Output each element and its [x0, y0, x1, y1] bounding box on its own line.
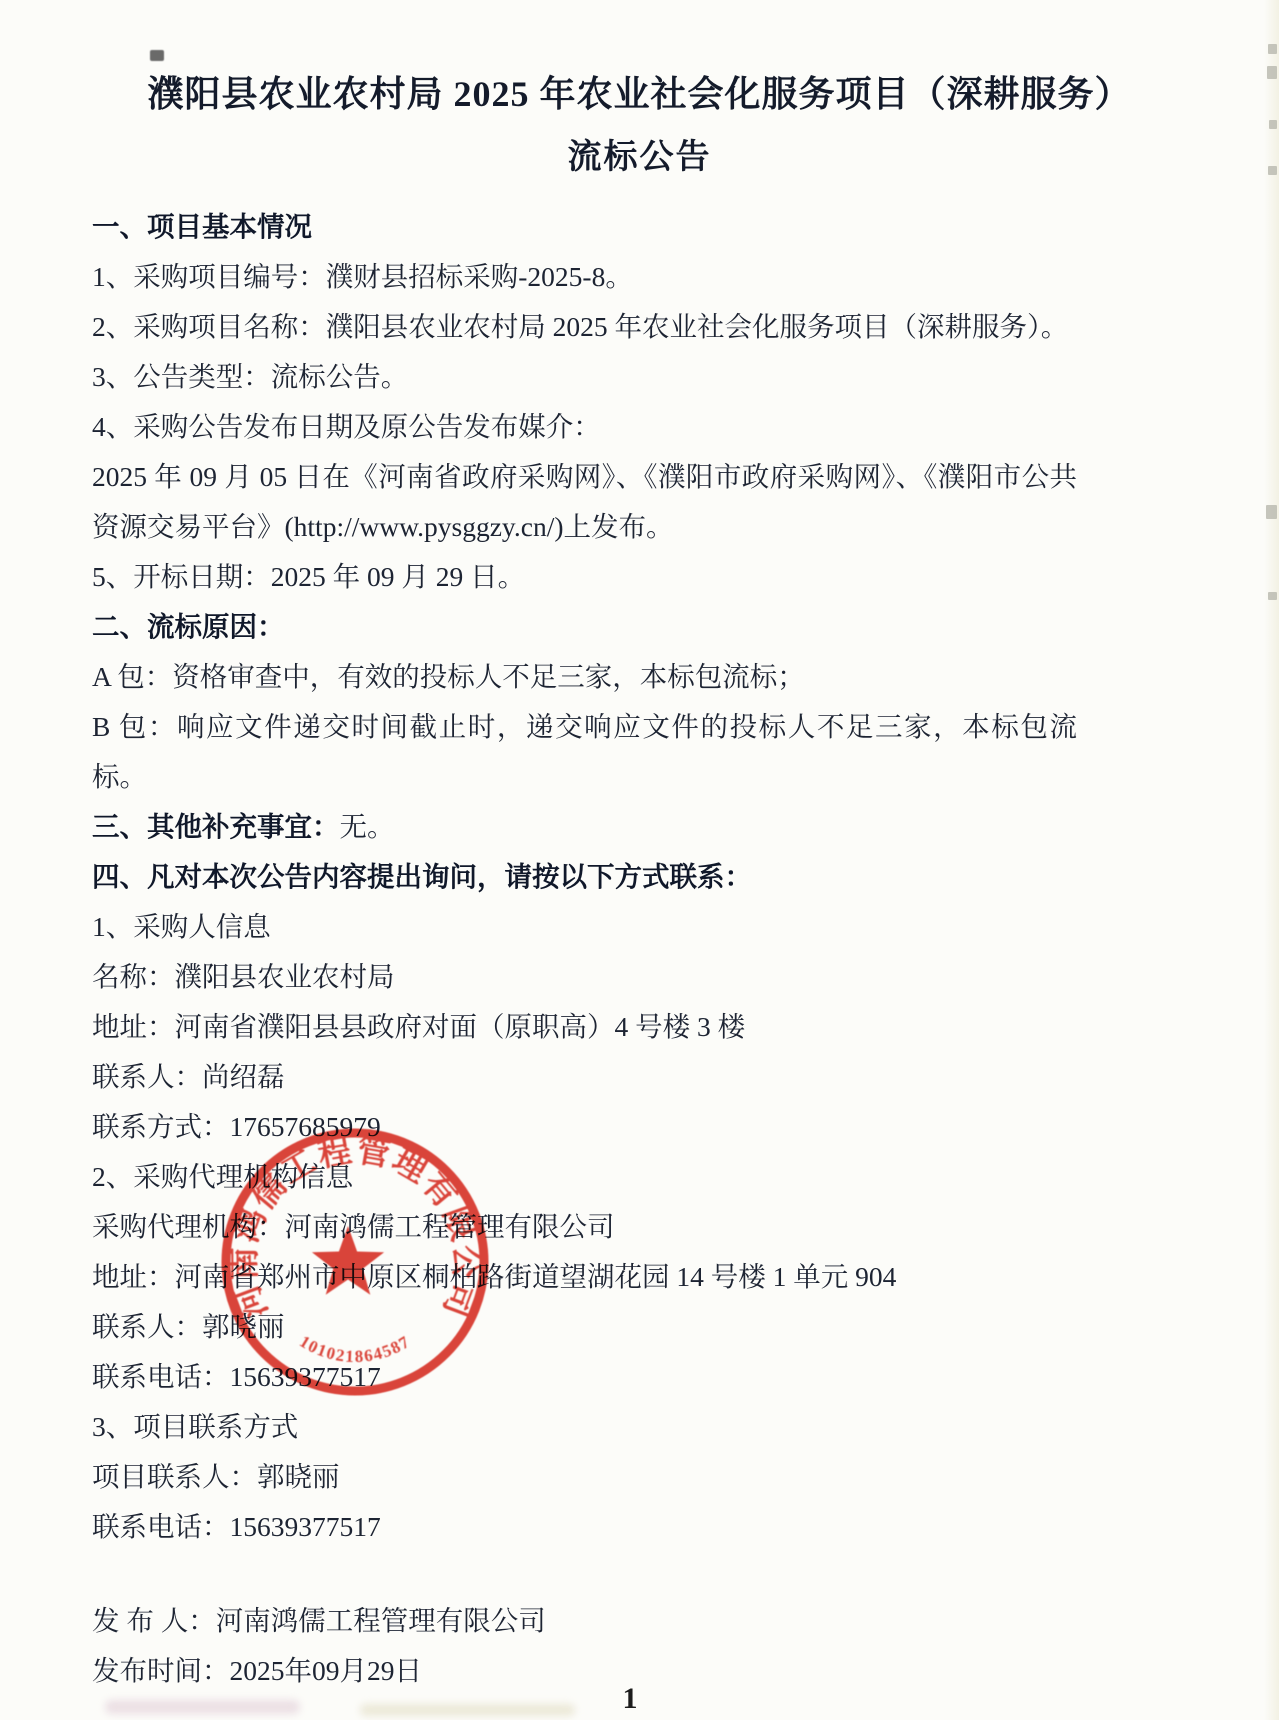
company-seal-stamp: 河南鸿儒工程管理有限公司 101021864587	[205, 1112, 505, 1412]
scan-artifact	[1269, 120, 1277, 129]
seal-serial-number: 101021864587	[296, 1332, 414, 1366]
document-line-heading: 三、其他补充事宜：	[92, 811, 340, 842]
document-line: 1、采购项目编号：濮财县招标采购-2025-8。	[92, 252, 1077, 302]
document-line: 2、采购项目名称：濮阳县农业农村局 2025 年农业社会化服务项目（深耕服务）。	[92, 302, 1077, 352]
seal-company-text: 河南鸿儒工程管理有限公司	[226, 1132, 483, 1324]
scan-artifact	[105, 1700, 300, 1714]
scan-artifact	[1267, 66, 1277, 79]
document-subtitle: 流标公告	[0, 136, 1279, 180]
document-line: A 包：资格审查中，有效的投标人不足三家，本标包流标；	[92, 652, 1077, 702]
document-line: 四、凡对本次公告内容提出询问，请按以下方式联系：	[92, 852, 1077, 902]
seal-star-icon	[312, 1226, 384, 1295]
scan-artifact	[1268, 592, 1277, 600]
document-line: 联系电话：15639377517	[92, 1502, 1077, 1552]
document-line: 地址：河南省濮阳县县政府对面（原职高）4 号楼 3 楼	[92, 1002, 1077, 1052]
document-line-heading: 四、凡对本次公告内容提出询问，请按以下方式联系：	[92, 861, 752, 892]
document-line: 二、流标原因：	[92, 602, 1077, 652]
document-line: 发 布 人：河南鸿儒工程管理有限公司	[92, 1596, 1077, 1646]
document-line: B 包：响应文件递交时间截止时，递交响应文件的投标人不足三家，本标包流标。	[92, 702, 1077, 802]
document-line: 4、采购公告发布日期及原公告发布媒介：	[92, 402, 1077, 452]
document-line: 1、采购人信息	[92, 902, 1077, 952]
scan-artifact	[1266, 505, 1277, 519]
scan-artifact	[1268, 44, 1277, 54]
document-title: 濮阳县农业农村局 2025 年农业社会化服务项目（深耕服务）	[0, 70, 1279, 118]
document-line: 3、公告类型：流标公告。	[92, 352, 1077, 402]
document-line: 一、项目基本情况	[92, 202, 1077, 252]
document-line-heading: 二、流标原因：	[92, 611, 285, 642]
document-line: 联系人：尚绍磊	[92, 1052, 1077, 1102]
document-line: 名称：濮阳县农业农村局	[92, 952, 1077, 1002]
document-line-heading: 一、项目基本情况	[92, 211, 312, 242]
scan-artifact	[1268, 166, 1277, 175]
document-line: 三、其他补充事宜：无。	[92, 802, 1077, 852]
document-line: 项目联系人：郭晓丽	[92, 1452, 1077, 1502]
scan-edge-strip	[1264, 0, 1279, 1720]
document-line: 5、开标日期：2025 年 09 月 29 日。	[92, 552, 1077, 602]
scan-artifact	[150, 50, 164, 61]
scan-artifact	[360, 1704, 575, 1716]
document-body: 一、项目基本情况1、采购项目编号：濮财县招标采购-2025-8。2、采购项目名称…	[92, 202, 1077, 1696]
scanned-document-page: 濮阳县农业农村局 2025 年农业社会化服务项目（深耕服务） 流标公告 一、项目…	[0, 0, 1279, 1720]
document-header: 濮阳县农业农村局 2025 年农业社会化服务项目（深耕服务） 流标公告	[0, 70, 1279, 180]
document-line: 2025 年 09 月 05 日在《河南省政府采购网》、《濮阳市政府采购网》、《…	[92, 452, 1077, 552]
